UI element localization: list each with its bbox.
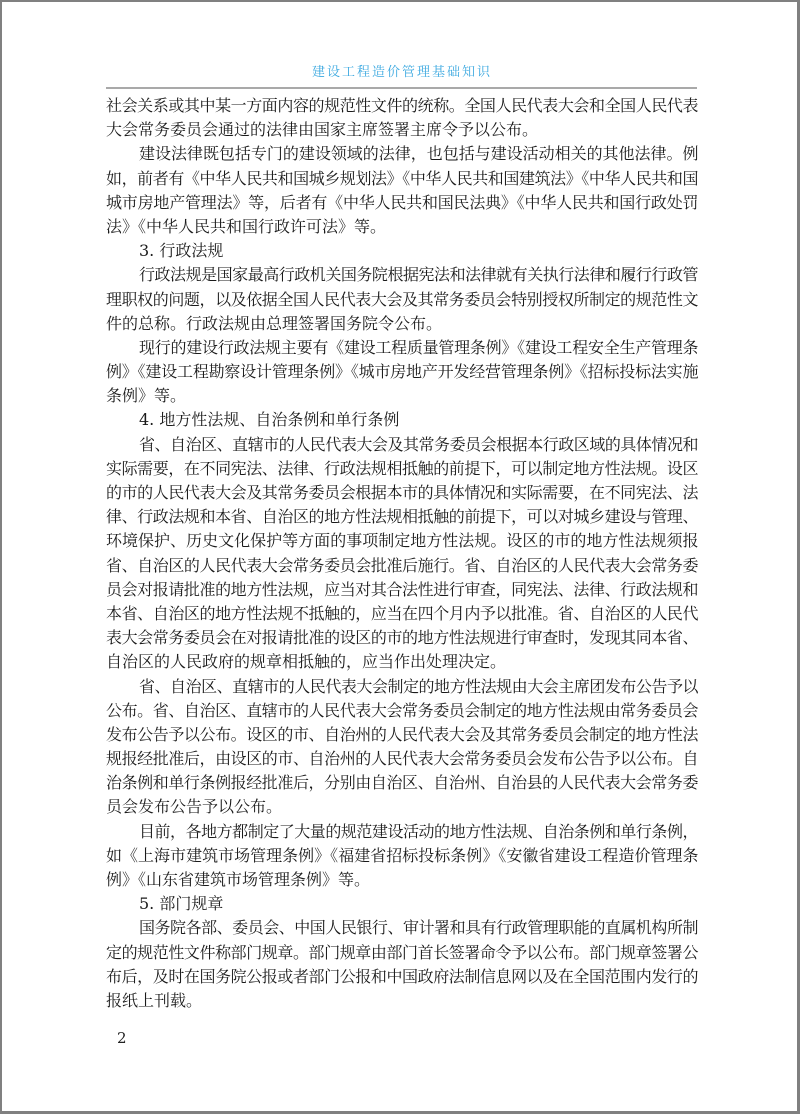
body-line: 目前，各地方都制定了大量的规范建设活动的地方性法规、自治条例和单行条例， — [106, 820, 698, 844]
section-heading: 4. 地方性法规、自治条例和单行条例 — [106, 408, 698, 432]
body-line: 律、行政法规和本省、自治区的地方性法规相抵触的前提下，可以对城乡建设与管理、 — [106, 505, 698, 529]
body-line: 定的规范性文件称部门规章。部门规章由部门首长签署命令予以公布。部门规章签署公 — [106, 941, 698, 965]
body-line: 的市的人民代表大会及其常务委员会根据本市的具体情况和实际需要，在不同宪法、法 — [106, 481, 698, 505]
body-line: 报纸上刊载。 — [106, 989, 698, 1013]
body-line: 表大会常务委员会在对报请批准的设区的市的地方性法规进行审查时，发现其同本省、 — [106, 626, 698, 650]
body-line: 环境保护、历史文化保护等方面的事项制定地方性法规。设区的市的地方性法规须报 — [106, 529, 698, 553]
body-line: 规报经批准后，由设区的市、自治州的人民代表大会常务委员会发布公告予以公布。自 — [106, 747, 698, 771]
body-line: 自治区的人民政府的规章相抵触的，应当作出处理决定。 — [106, 650, 698, 674]
body-line: 布后，及时在国务院公报或者部门公报和中国政府法制信息网以及在全国范围内发行的 — [106, 965, 698, 989]
body-line: 省、自治区、直辖市的人民代表大会及其常务委员会根据本行政区域的具体情况和 — [106, 433, 698, 457]
document-page: 建设工程造价管理基础知识 社会关系或其中某一方面内容的规范性文件的统称。全国人民… — [0, 0, 800, 1114]
body-line: 员会发布公告予以公布。 — [106, 795, 698, 819]
section-heading: 5. 部门规章 — [106, 892, 698, 916]
body-line: 城市房地产管理法》等，后者有《中华人民共和国民法典》《中华人民共和国行政处罚 — [106, 191, 698, 215]
body-line: 如《上海市建筑市场管理条例》《福建省招标投标条例》《安徽省建设工程造价管理条 — [106, 844, 698, 868]
body-line: 法》《中华人民共和国行政许可法》等。 — [106, 215, 698, 239]
body-line: 如，前者有《中华人民共和国城乡规划法》《中华人民共和国建筑法》《中华人民共和国 — [106, 167, 698, 191]
header-rule-divider — [106, 87, 697, 89]
body-line: 省、自治区、直辖市的人民代表大会制定的地方性法规由大会主席团发布公告予以 — [106, 675, 698, 699]
body-line: 建设法律既包括专门的建设领域的法律，也包括与建设活动相关的其他法律。例 — [106, 142, 698, 166]
body-line: 行政法规是国家最高行政机关国务院根据宪法和法律就有关执行法律和履行行政管 — [106, 263, 698, 287]
body-line: 国务院各部、委员会、中国人民银行、审计署和具有行政管理职能的直属机构所制 — [106, 916, 698, 940]
body-line: 理职权的问题，以及依据全国人民代表大会及其常务委员会特别授权所制定的规范性文 — [106, 288, 698, 312]
body-line: 社会关系或其中某一方面内容的规范性文件的统称。全国人民代表大会和全国人民代表 — [106, 94, 698, 118]
page-number: 2 — [117, 1029, 127, 1047]
body-line: 大会常务委员会通过的法律由国家主席签署主席令予以公布。 — [106, 118, 698, 142]
body-line: 现行的建设行政法规主要有《建设工程质量管理条例》《建设工程安全生产管理条 — [106, 336, 698, 360]
body-line: 公布。省、自治区、直辖市的人民代表大会常务委员会制定的地方性法规由常务委员会 — [106, 699, 698, 723]
body-line: 例》《建设工程勘察设计管理条例》《城市房地产开发经营管理条例》《招标投标法实施 — [106, 360, 698, 384]
body-line: 条例》等。 — [106, 384, 698, 408]
body-text: 社会关系或其中某一方面内容的规范性文件的统称。全国人民代表大会和全国人民代表大会… — [106, 94, 698, 1013]
body-line: 省、自治区的人民代表大会常务委员会批准后施行。省、自治区的人民代表大会常务委 — [106, 554, 698, 578]
section-heading: 3. 行政法规 — [106, 239, 698, 263]
body-line: 实际需要，在不同宪法、法律、行政法规相抵触的前提下，可以制定地方性法规。设区 — [106, 457, 698, 481]
running-header-title: 建设工程造价管理基础知识 — [106, 65, 698, 81]
body-line: 员会对报请批准的地方性法规，应当对其合法性进行审查，同宪法、法律、行政法规和 — [106, 578, 698, 602]
body-line: 件的总称。行政法规由总理签署国务院令公布。 — [106, 312, 698, 336]
body-line: 例》《山东省建筑市场管理条例》等。 — [106, 868, 698, 892]
body-line: 本省、自治区的地方性法规不抵触的，应当在四个月内予以批准。省、自治区的人民代 — [106, 602, 698, 626]
body-line: 治条例和单行条例报经批准后，分别由自治区、自治州、自治县的人民代表大会常务委 — [106, 771, 698, 795]
body-line: 发布公告予以公布。设区的市、自治州的人民代表大会及其常务委员会制定的地方性法 — [106, 723, 698, 747]
